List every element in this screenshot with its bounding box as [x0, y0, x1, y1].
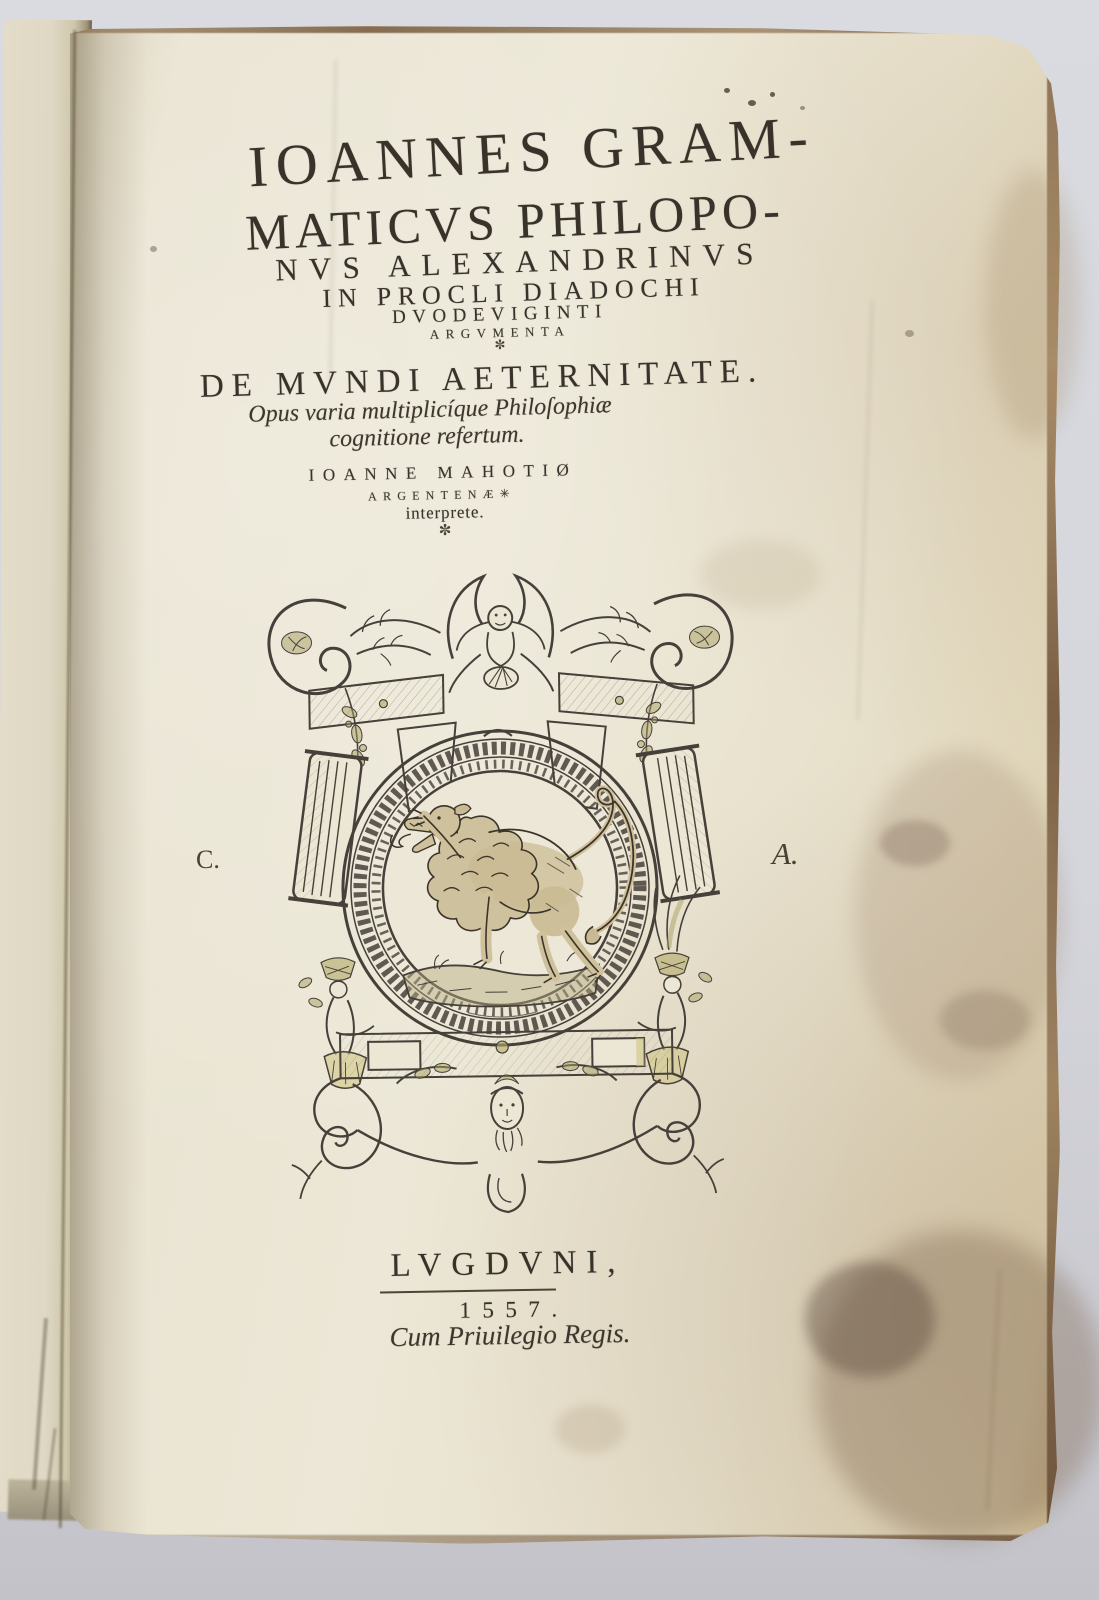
title-ornament: ✼ — [55, 337, 945, 353]
book-photo: IOANNES GRAM- MATICVS PHILOPO- NVS ALEXA… — [0, 0, 1099, 1600]
page-bottom-edge — [70, 1535, 1060, 1544]
emblem-letter-right: A. — [772, 836, 799, 872]
printer-device-woodcut — [243, 556, 764, 1221]
translator-ornament: ✼ — [0, 521, 890, 540]
page-top-edge — [70, 26, 1060, 33]
stain — [985, 170, 1080, 440]
stain — [555, 1405, 625, 1453]
fox-spot — [905, 330, 914, 337]
fox-spot — [770, 92, 775, 97]
stain — [880, 820, 950, 866]
stain — [940, 990, 1030, 1050]
emblem-letter-left: C. — [196, 845, 220, 875]
fox-spot — [724, 88, 730, 93]
